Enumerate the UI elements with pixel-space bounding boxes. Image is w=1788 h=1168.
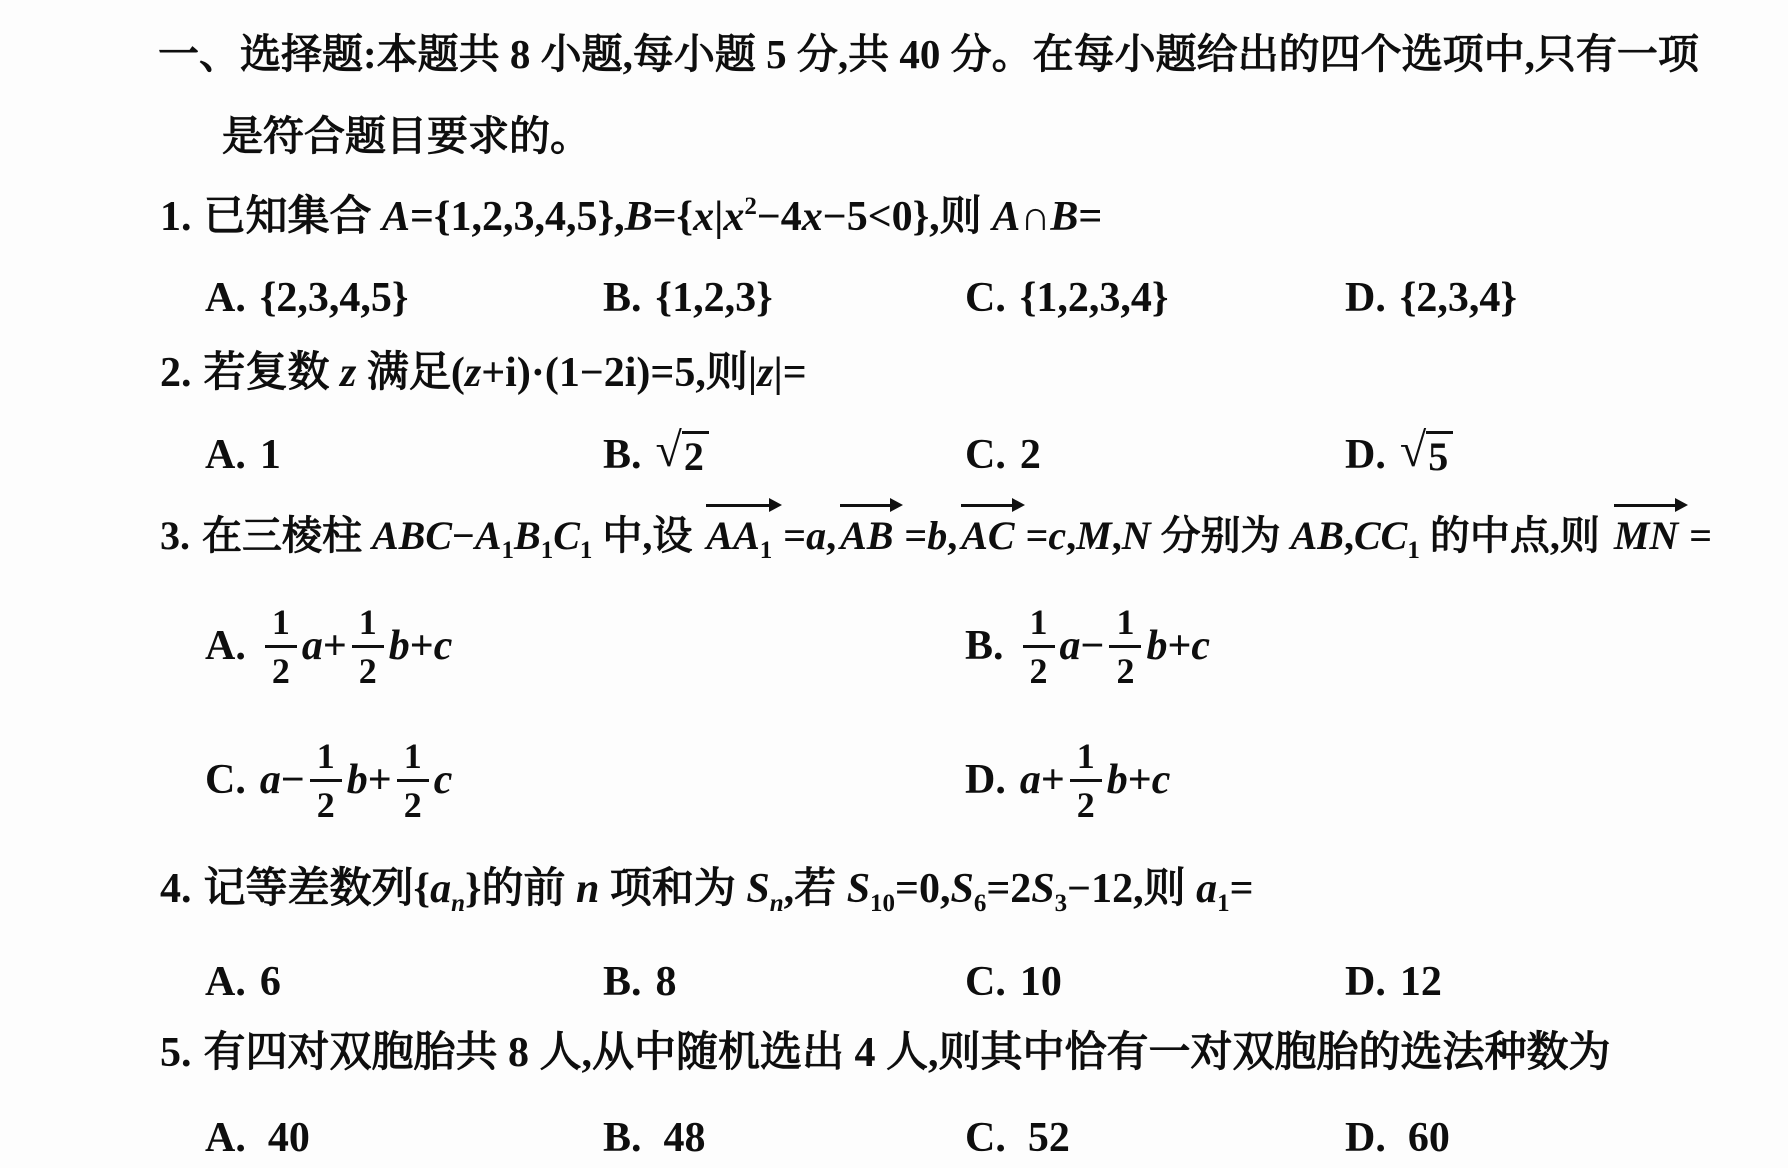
fraction: 12 xyxy=(397,738,429,823)
math-var: x xyxy=(693,194,714,240)
math-var: c xyxy=(434,756,453,804)
math-var: x xyxy=(723,194,744,240)
math-var: c xyxy=(434,622,453,670)
question-number: 5. xyxy=(160,1030,192,1076)
operator: − xyxy=(281,756,305,804)
option-c: C.52 xyxy=(965,1108,1070,1168)
math-var: z xyxy=(757,350,773,396)
subscript: n xyxy=(451,890,465,917)
question-number: 1. xyxy=(160,194,192,240)
subscript: 1 xyxy=(1217,890,1230,917)
numerator: 1 xyxy=(265,604,297,648)
option-value: {1,2,3} xyxy=(656,274,773,322)
option-label: A. xyxy=(205,622,246,670)
stem-seg: , xyxy=(1344,513,1354,558)
subscript: n xyxy=(770,890,784,917)
section-header-line2: 是符合题目要求的。 xyxy=(222,112,591,161)
option-value: 10 xyxy=(1020,958,1062,1006)
option-value: 48 xyxy=(664,1114,706,1162)
option-label: B. xyxy=(603,274,642,322)
option-c: C.2 xyxy=(965,425,1041,485)
subscript: 10 xyxy=(870,890,895,917)
option-value: 6 xyxy=(260,958,281,1006)
option-value: 40 xyxy=(268,1114,310,1162)
question-number: 2. xyxy=(160,350,192,396)
option-value: {2,3,4,5} xyxy=(260,274,409,322)
stem-seg: 分别为 xyxy=(1151,513,1291,558)
question-5-stem: 5.有四对双胞胎共 8 人,从中随机选出 4 人,则其中恰有一对双胞胎的选法种数… xyxy=(160,1028,1611,1078)
math-var: S xyxy=(950,866,973,912)
stem-seg: |= xyxy=(773,350,806,396)
option-c: C. a−12b+12c xyxy=(205,734,452,826)
stem-seg: +i)·(1−2i)=5,则| xyxy=(481,350,757,396)
radical-sign: √ xyxy=(656,427,682,475)
option-a: A.40 xyxy=(205,1108,310,1168)
stem-seg: 中,设 xyxy=(592,513,702,558)
option-value: 60 xyxy=(1408,1114,1450,1162)
subscript: 1 xyxy=(580,537,593,564)
question-3-options-row1: A. 12a+12b+c B. 12a−12b+c xyxy=(0,600,1788,692)
denominator: 2 xyxy=(1077,782,1095,823)
exam-page: 一、选择题:本题共 8 小题,每小题 5 分,共 40 分。在每小题给出的四个选… xyxy=(0,0,1788,1168)
stem-seg: , xyxy=(1066,513,1076,558)
option-label: D. xyxy=(1345,431,1386,479)
option-label: B. xyxy=(603,1114,642,1162)
math-var: AB xyxy=(1291,513,1344,558)
numerator: 1 xyxy=(397,738,429,782)
math-var: C xyxy=(553,513,580,558)
denominator: 2 xyxy=(404,782,422,823)
subscript: 1 xyxy=(541,537,554,564)
option-d: D.√5 xyxy=(1345,425,1453,485)
math-var: N xyxy=(1122,513,1151,558)
option-value: {2,3,4} xyxy=(1400,274,1517,322)
option-b: B.{1,2,3} xyxy=(603,268,773,328)
math-var: S xyxy=(847,866,870,912)
math-var: c xyxy=(1191,622,1210,670)
option-label: A. xyxy=(205,274,246,322)
numerator: 1 xyxy=(1023,604,1055,648)
math-var: a xyxy=(1060,622,1081,670)
option-label: C. xyxy=(205,756,246,804)
stem-seg: 的中点,则 xyxy=(1420,513,1610,558)
stem-seg: 在三棱柱 xyxy=(202,513,372,558)
stem-seg: , xyxy=(947,513,957,558)
option-value: 8 xyxy=(656,958,677,1006)
option-a: A. 12a+12b+c xyxy=(205,600,452,692)
math-var: a xyxy=(430,866,451,912)
subscript: 3 xyxy=(1055,890,1068,917)
math-var: a xyxy=(1196,866,1217,912)
stem-seg: −12,则 xyxy=(1067,866,1196,912)
question-number: 4. xyxy=(160,866,192,912)
sqrt-expression: √2 xyxy=(656,431,709,479)
option-label: A. xyxy=(205,1114,246,1162)
stem-seg: = xyxy=(1078,194,1102,240)
option-b: B. 12a−12b+c xyxy=(965,600,1210,692)
question-5-options: A.40 B.48 C.52 D.60 xyxy=(0,1108,1788,1168)
math-var: a xyxy=(302,622,323,670)
operator: + xyxy=(323,622,347,670)
stem-seg: −5<0},则 xyxy=(823,194,992,240)
math-var: S xyxy=(746,866,769,912)
math-var: B xyxy=(1050,194,1078,240)
vector-AC: AC xyxy=(958,498,1024,560)
math-var: S xyxy=(1031,866,1054,912)
option-d: D.12 xyxy=(1345,952,1442,1012)
math-var: c xyxy=(1152,756,1171,804)
math-var: b xyxy=(927,513,947,558)
operator: + xyxy=(410,622,434,670)
fraction: 12 xyxy=(310,738,342,823)
option-value: 52 xyxy=(1028,1114,1070,1162)
stem-seg: 已知集合 xyxy=(204,194,383,240)
option-label: A. xyxy=(205,958,246,1006)
vector-AA1: AA1 xyxy=(703,498,782,560)
option-label: D. xyxy=(1345,1114,1386,1162)
option-label: C. xyxy=(965,958,1006,1006)
stem-seg: = xyxy=(1230,866,1254,912)
math-var: MN xyxy=(1614,513,1678,558)
question-4-options: A.6 B.8 C.10 D.12 xyxy=(0,952,1788,1012)
option-label: C. xyxy=(965,431,1006,479)
option-c: C.10 xyxy=(965,952,1062,1012)
vector-AB: AB xyxy=(837,498,903,560)
stem-seg: 有四对双胞胎共 8 人,从中随机选出 4 人,则其中恰有一对双胞胎的选法种数为 xyxy=(204,1030,1611,1076)
stem-seg: −4 xyxy=(757,194,802,240)
operator: + xyxy=(1041,756,1065,804)
denominator: 2 xyxy=(1116,648,1134,689)
math-var: a xyxy=(260,756,281,804)
sqrt-expression: √5 xyxy=(1400,431,1453,479)
subscript: 1 xyxy=(1407,537,1420,564)
numerator: 1 xyxy=(310,738,342,782)
stem-seg: , xyxy=(826,513,836,558)
option-b: B.8 xyxy=(603,952,677,1012)
option-value: 12 xyxy=(1400,958,1442,1006)
subscript: 1 xyxy=(760,537,773,564)
operator: + xyxy=(1128,756,1152,804)
stem-seg: 若复数 xyxy=(204,350,341,396)
option-label: B. xyxy=(603,431,642,479)
operator: + xyxy=(1167,622,1191,670)
math-var: z xyxy=(340,350,356,396)
option-value: 2 xyxy=(1020,431,1041,479)
numerator: 1 xyxy=(352,604,384,648)
option-c: C.{1,2,3,4} xyxy=(965,268,1168,328)
option-label: C. xyxy=(965,1114,1006,1162)
stem-seg: =0, xyxy=(895,866,950,912)
intersection-symbol: ∩ xyxy=(1020,194,1050,240)
math-var: c xyxy=(1048,513,1066,558)
stem-seg: }的前 xyxy=(465,866,576,912)
operator: + xyxy=(368,756,392,804)
math-var: CC xyxy=(1354,513,1407,558)
numerator: 1 xyxy=(1109,604,1141,648)
radicand: 5 xyxy=(1426,431,1453,479)
stem-seg: =2 xyxy=(986,866,1031,912)
option-label: B. xyxy=(965,622,1004,670)
subscript: 1 xyxy=(502,537,515,564)
stem-seg: = xyxy=(1026,513,1049,558)
denominator: 2 xyxy=(359,648,377,689)
operator: − xyxy=(1081,622,1105,670)
option-b: B.√2 xyxy=(603,425,709,485)
fraction: 12 xyxy=(265,604,297,689)
math-var: M xyxy=(1076,513,1112,558)
math-var: A xyxy=(992,194,1020,240)
math-var: a xyxy=(806,513,826,558)
stem-seg: = xyxy=(1689,513,1712,558)
option-label: A. xyxy=(205,431,246,479)
option-d: D. a+12b+c xyxy=(965,734,1170,826)
fraction: 12 xyxy=(1023,604,1055,689)
vector-MN: MN xyxy=(1611,498,1688,560)
math-var: n xyxy=(576,866,599,912)
option-label: D. xyxy=(1345,274,1386,322)
stem-seg: = xyxy=(904,513,927,558)
stem-seg: − xyxy=(452,513,475,558)
stem-seg: = xyxy=(783,513,806,558)
question-1-stem: 1.已知集合 A={1,2,3,4,5},B={x|x2−4x−5<0},则 A… xyxy=(160,192,1102,242)
section-header-line1: 一、选择题:本题共 8 小题,每小题 5 分,共 40 分。在每小题给出的四个选… xyxy=(158,30,1699,79)
option-a: A.6 xyxy=(205,952,281,1012)
math-var: z xyxy=(465,350,481,396)
denominator: 2 xyxy=(272,648,290,689)
math-var: b xyxy=(1146,622,1167,670)
question-3-stem: 3.在三棱柱 ABC−A1B1C1 中,设 AA1=a,AB=b,AC=c,M,… xyxy=(160,498,1712,560)
stem-seg: ={1,2,3,4,5}, xyxy=(410,194,625,240)
math-var: A xyxy=(475,513,502,558)
option-d: D.60 xyxy=(1345,1108,1450,1168)
stem-seg: ,若 xyxy=(784,866,847,912)
question-1-options: A.{2,3,4,5} B.{1,2,3} C.{1,2,3,4} D.{2,3… xyxy=(0,268,1788,328)
stem-seg: ={ xyxy=(653,194,693,240)
option-label: B. xyxy=(603,958,642,1006)
math-var: a xyxy=(1020,756,1041,804)
superscript: 2 xyxy=(744,193,757,220)
question-2-options: A.1 B.√2 C.2 D.√5 xyxy=(0,425,1788,485)
option-value: 1 xyxy=(260,431,281,479)
option-a: A.{2,3,4,5} xyxy=(205,268,408,328)
stem-seg: | xyxy=(714,194,723,240)
fraction: 12 xyxy=(1109,604,1141,689)
math-var: b xyxy=(347,756,368,804)
math-var: B xyxy=(514,513,541,558)
subscript: 6 xyxy=(974,890,987,917)
stem-seg: 项和为 xyxy=(599,866,746,912)
fraction: 12 xyxy=(1070,738,1102,823)
question-2-stem: 2.若复数 z 满足(z+i)·(1−2i)=5,则|z|= xyxy=(160,348,807,398)
option-value: {1,2,3,4} xyxy=(1020,274,1169,322)
question-3-options-row2: C. a−12b+12c D. a+12b+c xyxy=(0,734,1788,826)
question-number: 3. xyxy=(160,513,190,558)
stem-seg: 满足( xyxy=(356,350,465,396)
option-d: D.{2,3,4} xyxy=(1345,268,1517,328)
math-var: b xyxy=(389,622,410,670)
fraction: 12 xyxy=(352,604,384,689)
denominator: 2 xyxy=(317,782,335,823)
math-var: b xyxy=(1107,756,1128,804)
option-a: A.1 xyxy=(205,425,281,485)
option-label: C. xyxy=(965,274,1006,322)
radical-sign: √ xyxy=(1400,427,1426,475)
stem-seg: , xyxy=(1112,513,1122,558)
denominator: 2 xyxy=(1030,648,1048,689)
math-var: x xyxy=(802,194,823,240)
math-var: ABC xyxy=(372,513,452,558)
math-var: AA xyxy=(706,513,759,558)
question-4-stem: 4.记等差数列{an}的前 n 项和为 Sn,若 S10=0,S6=2S3−12… xyxy=(160,864,1254,914)
radicand: 2 xyxy=(682,431,709,479)
option-label: D. xyxy=(965,756,1006,804)
math-var: B xyxy=(625,194,653,240)
option-b: B.48 xyxy=(603,1108,706,1168)
numerator: 1 xyxy=(1070,738,1102,782)
stem-seg: 记等差数列{ xyxy=(204,866,431,912)
math-var: AB xyxy=(840,513,893,558)
option-label: D. xyxy=(1345,958,1386,1006)
math-var: A xyxy=(382,194,410,240)
math-var: AC xyxy=(961,513,1014,558)
